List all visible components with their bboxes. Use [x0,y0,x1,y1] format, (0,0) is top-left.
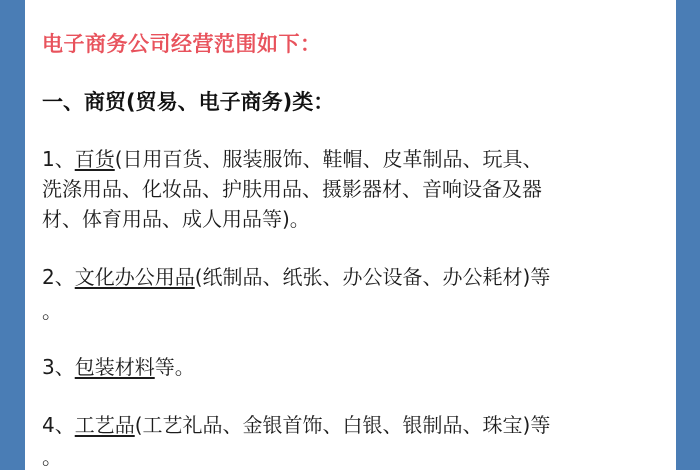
item-text: 材、体育用品、成人用品等)。 [42,204,662,234]
item-text: 。 [42,442,662,470]
item-number: 3、 [42,355,75,379]
item-text: 。 [42,296,662,326]
item-text: 等。 [155,355,195,379]
list-item-2: 2、文化办公用品(纸制品、纸张、办公设备、办公耗材)等 。 [42,262,662,326]
item-text: (工艺礼品、金银首饰、白银、银制品、珠宝)等 [135,413,551,437]
list-item-3: 3、包装材料等。 [42,352,662,382]
section-heading: 一、商贸(贸易、电子商务)类： [42,86,334,116]
item-category-link[interactable]: 文化办公用品 [75,265,195,289]
item-number: 1、 [42,147,75,171]
item-category-link[interactable]: 工艺品 [75,413,135,437]
item-text: (日用百货、服装服饰、鞋帽、皮革制品、玩具、 [115,147,543,171]
item-number: 4、 [42,413,75,437]
list-item-1: 1、百货(日用百货、服装服饰、鞋帽、皮革制品、玩具、 洗涤用品、化妆品、护肤用品… [42,144,662,234]
left-frame-border [0,0,25,470]
item-category-link[interactable]: 包装材料 [75,355,155,379]
document-title: 电子商务公司经营范围如下： [42,28,322,58]
item-text: (纸制品、纸张、办公设备、办公耗材)等 [195,265,551,289]
item-text: 洗涤用品、化妆品、护肤用品、摄影器材、音响设备及器 [42,174,662,204]
item-number: 2、 [42,265,75,289]
right-frame-border [676,0,700,470]
list-item-4: 4、工艺品(工艺礼品、金银首饰、白银、银制品、珠宝)等 。 [42,410,662,470]
item-category-link[interactable]: 百货 [75,147,115,171]
